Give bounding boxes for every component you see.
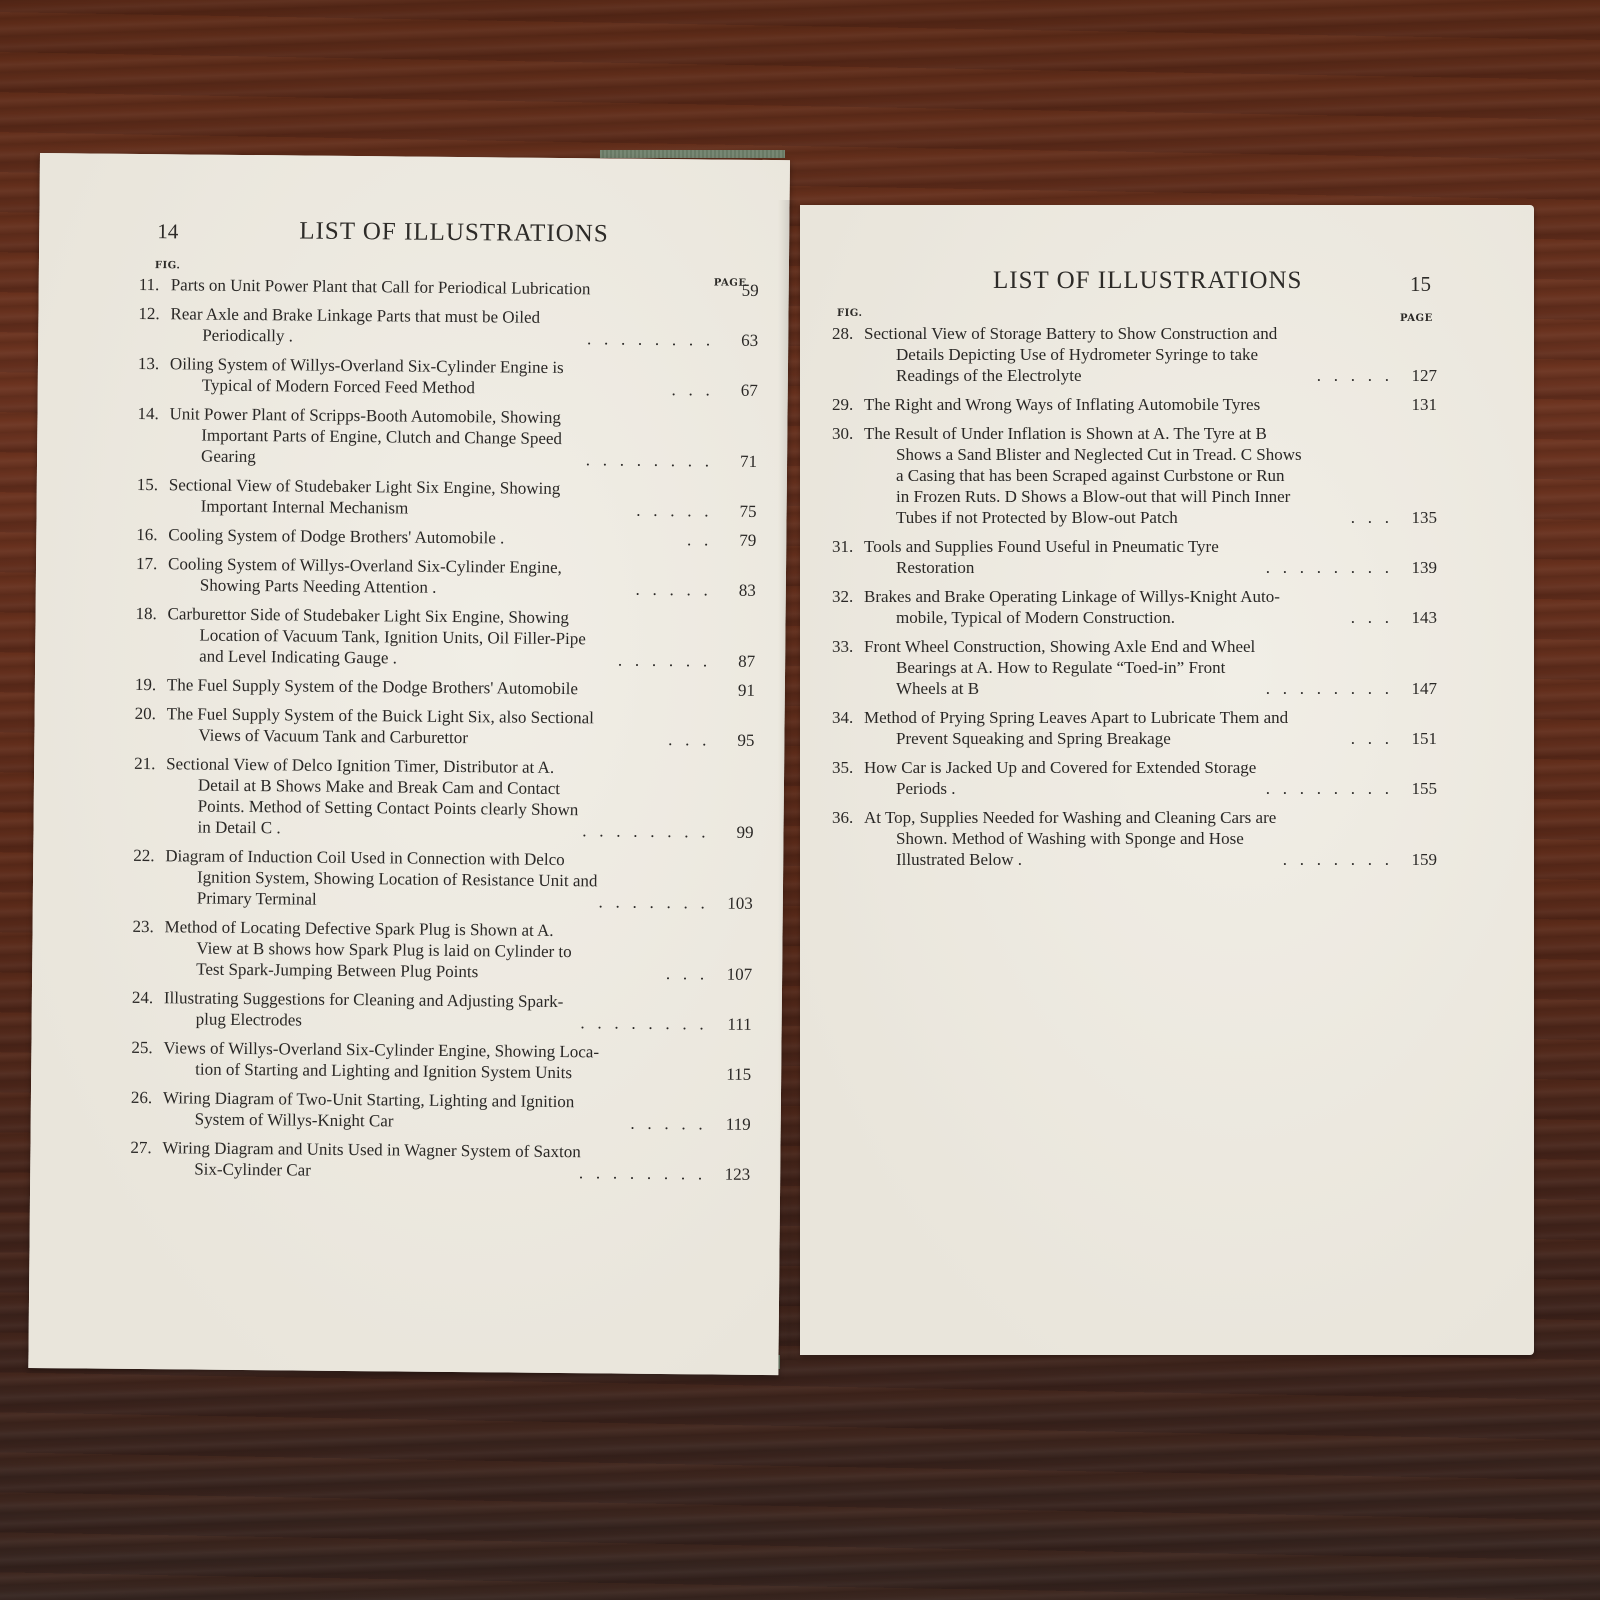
list-item: 28.Sectional View of Storage Battery to … [832,323,1437,386]
list-item: 35.How Car is Jacked Up and Covered for … [832,757,1437,799]
list-item: 24.Illustrating Suggestions for Cleaning… [132,987,752,1035]
list-item: 12.Rear Axle and Brake Linkage Parts tha… [138,303,758,351]
figure-caption: Cooling System of Willys-Overland Six-Cy… [136,553,708,600]
page-reference: 119 [726,1114,751,1135]
figure-number: 31. [832,536,853,557]
leader-dots: . . . [1351,507,1389,528]
figure-number: 22. [133,845,154,866]
figure-number: 34. [832,707,853,728]
figure-caption: Sectional View of Storage Battery to Sho… [832,323,1389,386]
figure-caption: Sectional View of Studebaker Light Six E… [137,474,709,521]
figure-number: 18. [135,603,156,624]
figure-number: 13. [138,353,159,374]
leader-dots: . . . . . . . . [586,449,709,471]
page-reference: 63 [741,330,758,351]
page-reference: 59 [742,280,759,301]
leader-dots: . . . . . . . . [587,328,710,350]
figure-caption: Method of Prying Spring Leaves Apart to … [832,707,1389,749]
figure-caption: Carburettor Side of Studebaker Light Six… [135,603,708,671]
leader-dots: . . . . . . . . [1266,778,1389,799]
figure-number: 26. [131,1087,152,1108]
leader-dots: . . . . . . . . [582,820,705,842]
figure-number: 15. [137,474,158,495]
leader-dots: . . . . . . . . [1266,678,1389,699]
list-item: 26.Wiring Diagram of Two-Unit Starting, … [131,1087,751,1135]
page-reference: 135 [1412,507,1438,528]
figure-caption: Cooling System of Dodge Brothers' Automo… [136,524,708,550]
page-reference: 67 [741,380,758,401]
figure-number: 29. [832,394,853,415]
figure-caption: The Fuel Supply System of the Buick Ligh… [134,703,706,750]
figure-caption: Oiling System of Willys-Overland Six-Cyl… [138,353,710,400]
list-item: 31.Tools and Supplies Found Useful in Pn… [832,536,1437,578]
list-item: 21.Sectional View of Delco Ignition Time… [133,753,754,843]
leader-dots: . . [687,529,708,550]
figure-caption: The Fuel Supply System of the Dodge Brot… [135,674,707,700]
page-reference: 159 [1412,849,1438,870]
page-reference: 83 [739,580,756,601]
fig-column-label: FIG. [837,308,862,319]
list-item: 27.Wiring Diagram and Units Used in Wagn… [130,1137,750,1185]
page-reference: 99 [736,822,753,843]
figure-number: 11. [139,274,160,295]
page-reference: 91 [738,680,755,701]
figure-caption: Wiring Diagram and Units Used in Wagner … [130,1137,702,1184]
leader-dots: . . . . . [635,579,707,601]
list-item: 15.Sectional View of Studebaker Light Si… [137,474,757,522]
figure-caption: Unit Power Plant of Scripps-Booth Automo… [137,403,710,471]
page-reference: 143 [1412,607,1438,628]
illustration-list: 11.Parts on Unit Power Plant that Call f… [130,274,759,1193]
list-item: 32.Brakes and Brake Operating Linkage of… [832,586,1437,628]
list-item: 29.The Right and Wrong Ways of Inflating… [832,394,1437,415]
figure-number: 27. [130,1137,151,1158]
leader-dots: . . . . . [636,500,708,522]
leader-dots: . . . . . . . [1283,849,1389,870]
list-item: 19.The Fuel Supply System of the Dodge B… [135,674,755,701]
list-item: 30.The Result of Under Inflation is Show… [832,423,1437,528]
list-item: 22.Diagram of Induction Coil Used in Con… [133,845,754,914]
figure-caption: The Result of Under Inflation is Shown a… [832,423,1389,528]
page-reference: 151 [1412,728,1438,749]
leader-dots: . . . . . . [618,650,707,672]
list-item: 23.Method of Locating Defective Spark Pl… [132,916,753,985]
book-cover-edge-top [600,150,785,158]
page-number: 14 [157,219,178,244]
figure-number: 12. [138,303,159,324]
list-item: 14.Unit Power Plant of Scripps-Booth Aut… [137,403,758,472]
figure-caption: Illustrating Suggestions for Cleaning an… [132,987,704,1034]
list-item: 18.Carburettor Side of Studebaker Light … [135,603,756,672]
leader-dots: . . . . . [1317,365,1389,386]
figure-number: 24. [132,987,153,1008]
figure-caption: The Right and Wrong Ways of Inflating Au… [832,394,1389,415]
figure-number: 20. [135,703,156,724]
leader-dots: . . . . . [630,1113,702,1135]
leader-dots: . . . [666,963,704,984]
leader-dots: . . . [668,729,706,750]
page-reference: 75 [739,501,756,522]
page-reference: 103 [727,893,753,914]
illustration-list: 28.Sectional View of Storage Battery to … [832,323,1437,878]
page-reference: 71 [740,451,757,472]
left-page: 14 LIST OF ILLUSTRATIONS FIG. PAGE 11.Pa… [28,153,790,1375]
page-reference: 155 [1412,778,1438,799]
list-item: 36.At Top, Supplies Needed for Washing a… [832,807,1437,870]
page-reference: 107 [727,964,753,985]
leader-dots: . . . [671,379,709,400]
list-item: 16.Cooling System of Dodge Brothers' Aut… [136,524,756,551]
leader-dots: . . . . . . . . [1266,557,1389,578]
leader-dots: . . . . . . . . [579,1162,702,1184]
list-item: 11.Parts on Unit Power Plant that Call f… [139,274,759,301]
page-reference: 115 [726,1064,751,1085]
figure-caption: Wiring Diagram of Two-Unit Starting, Lig… [131,1087,703,1134]
figure-number: 21. [134,753,155,774]
page-reference: 131 [1412,394,1438,415]
figure-caption: Sectional View of Delco Ignition Timer, … [133,753,706,842]
figure-number: 33. [832,636,853,657]
leader-dots: . . . [1351,607,1389,628]
figure-caption: How Car is Jacked Up and Covered for Ext… [832,757,1389,799]
list-item: 25.Views of Willys-Overland Six-Cylinder… [131,1037,751,1085]
page-header: LIST OF ILLUSTRATIONS [299,217,609,248]
figure-number: 25. [131,1037,152,1058]
list-item: 34.Method of Prying Spring Leaves Apart … [832,707,1437,749]
figure-caption: Views of Willys-Overland Six-Cylinder En… [131,1037,703,1084]
page-reference: 139 [1412,557,1438,578]
figure-number: 19. [135,674,156,695]
figure-caption: Parts on Unit Power Plant that Call for … [139,274,711,300]
book-gutter [778,200,800,1360]
page-reference: 87 [738,651,755,672]
fig-column-label: FIG. [155,260,181,271]
figure-number: 14. [137,403,158,424]
list-item: 20.The Fuel Supply System of the Buick L… [134,703,754,751]
figure-number: 35. [832,757,853,778]
figure-caption: At Top, Supplies Needed for Washing and … [832,807,1389,870]
figure-caption: Method of Locating Defective Spark Plug … [132,916,705,984]
page-reference: 123 [725,1164,751,1185]
figure-caption: Tools and Supplies Found Useful in Pneum… [832,536,1389,578]
figure-caption: Front Wheel Construction, Showing Axle E… [832,636,1389,699]
figure-number: 23. [132,916,153,937]
page-number: 15 [1410,272,1431,297]
right-page: LIST OF ILLUSTRATIONS 15 FIG. PAGE 28.Se… [800,205,1534,1355]
leader-dots: . . . [1351,728,1389,749]
page-reference: 95 [737,730,754,751]
page-reference: 79 [739,530,756,551]
leader-dots: . . . . . . . [598,891,704,913]
page-reference: 147 [1412,678,1438,699]
list-item: 17.Cooling System of Willys-Overland Six… [136,553,756,601]
figure-caption: Brakes and Brake Operating Linkage of Wi… [832,586,1389,628]
list-item: 33.Front Wheel Construction, Showing Axl… [832,636,1437,699]
figure-number: 28. [832,323,853,344]
page-reference: 111 [727,1014,751,1035]
figure-number: 30. [832,423,853,444]
figure-number: 16. [136,524,157,545]
figure-number: 17. [136,553,157,574]
figure-caption: Rear Axle and Brake Linkage Parts that m… [138,303,710,350]
figure-number: 32. [832,586,853,607]
figure-number: 36. [832,807,853,828]
page-reference: 127 [1412,365,1438,386]
figure-caption: Diagram of Induction Coil Used in Connec… [133,845,706,913]
leader-dots: . . . . . . . . [580,1012,703,1034]
page-header: LIST OF ILLUSTRATIONS [993,267,1302,295]
list-item: 13.Oiling System of Willys-Overland Six-… [138,353,758,401]
